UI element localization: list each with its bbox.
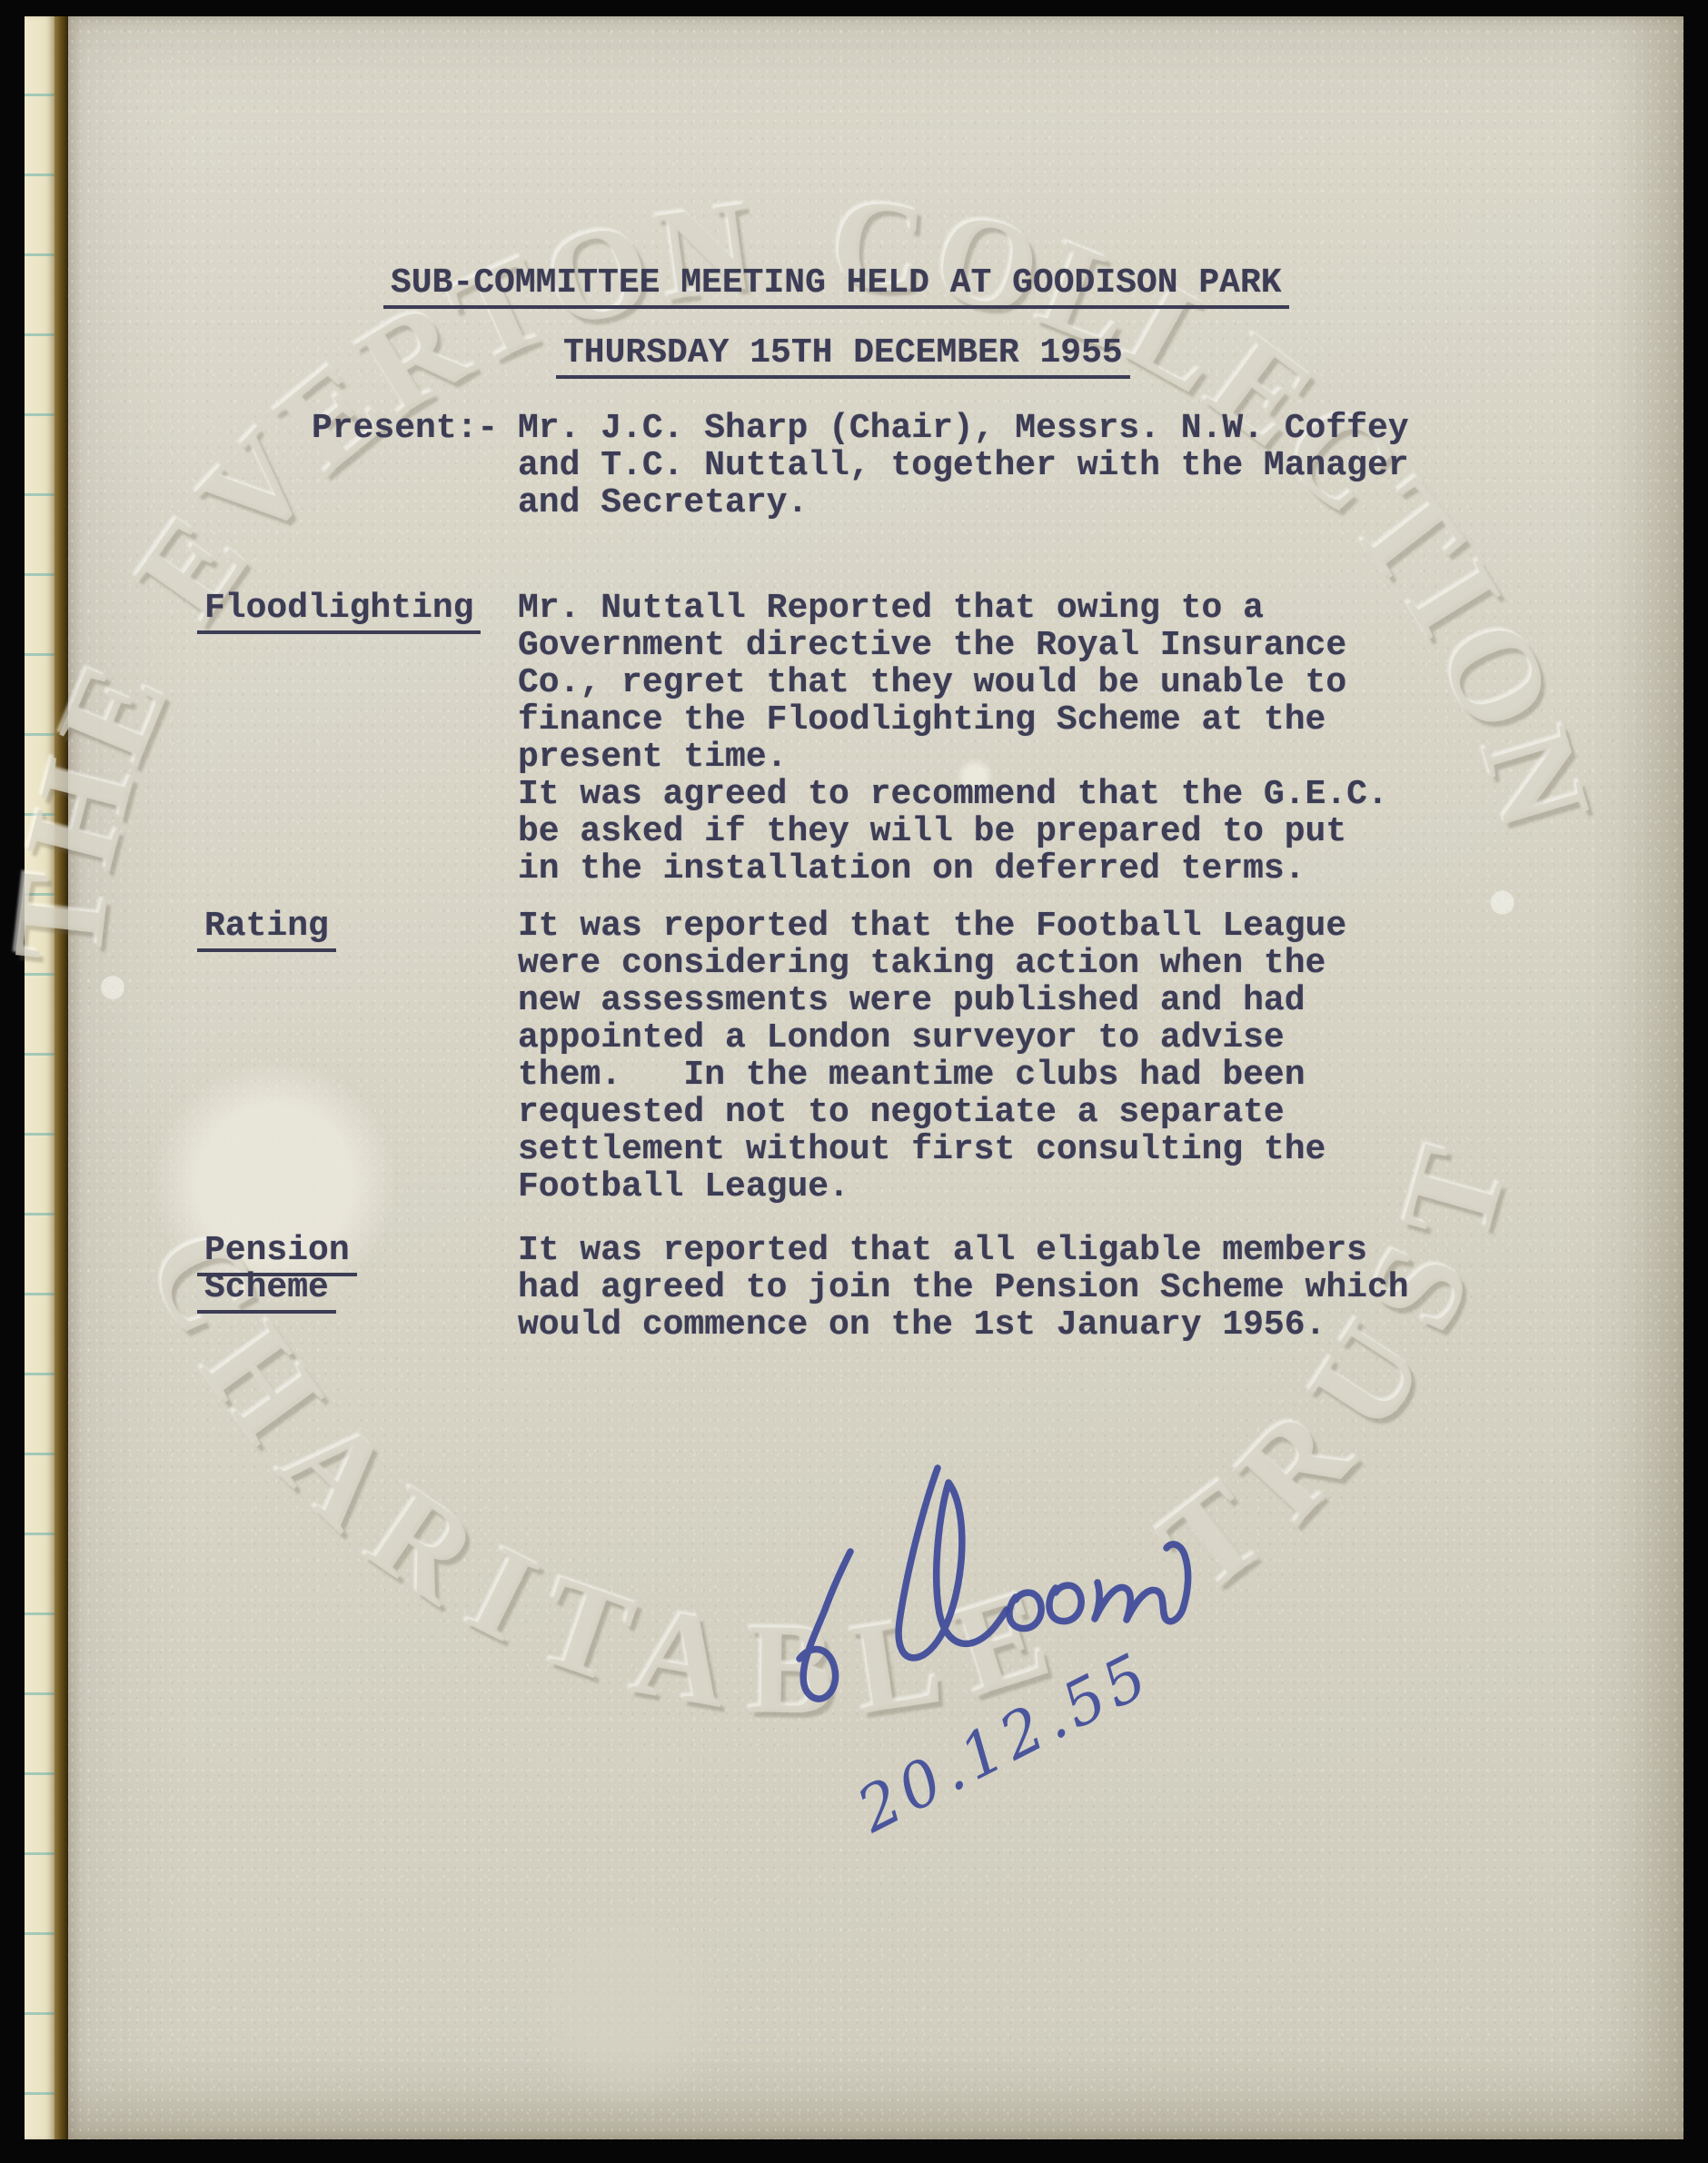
text-line: in the installation on deferred terms. — [518, 850, 1388, 888]
signature-date: 20.12.55 — [846, 1638, 1163, 1847]
text-line: It was reported that the Football League — [518, 908, 1346, 945]
section-heading-rating: Rating — [204, 908, 329, 945]
section-heading-floodlighting: Floodlighting — [204, 590, 473, 627]
section-body-floodlighting: Mr. Nuttall Reported that owing to aGove… — [518, 590, 1388, 888]
text-line: Floodlighting — [204, 590, 473, 627]
text-line: finance the Floodlighting Scheme at the — [518, 701, 1388, 739]
text-line: It was reported that all eligable member… — [518, 1232, 1409, 1269]
text-line: Co., regret that they would be unable to — [518, 664, 1388, 701]
section-body-pension-scheme: It was reported that all eligable member… — [518, 1232, 1409, 1344]
scanned-minutes-page: THE EVERTON COLLECTION THE EVERTON COLLE… — [0, 0, 1708, 2163]
text-line: Scheme — [204, 1269, 350, 1306]
present-label: Present:- — [312, 410, 498, 447]
text-line: appointed a London surveyor to advise — [518, 1019, 1346, 1057]
signature-e1-stroke — [1009, 1592, 1041, 1629]
signature-flourish-stroke — [799, 1552, 850, 1699]
text-line: Pension — [204, 1232, 350, 1269]
document-title: SUB-COMMITTEE MEETING HELD AT GOODISON P… — [391, 264, 1282, 309]
text-line: Football League. — [518, 1168, 1346, 1206]
text-line: Mr. Nuttall Reported that owing to a — [518, 590, 1388, 627]
text-line: settlement without first consulting the — [518, 1131, 1346, 1168]
binding-edge-strip — [55, 16, 68, 2139]
text-line: would commence on the 1st January 1956. — [518, 1306, 1409, 1344]
text-line: them. In the meantime clubs had been — [518, 1057, 1346, 1094]
text-line: new assessments were published and had — [518, 982, 1346, 1019]
text-line: Mr. J.C. Sharp (Chair), Messrs. N.W. Cof… — [518, 410, 1409, 447]
text-line: requested not to negotiate a separate — [518, 1094, 1346, 1131]
text-line: had agreed to join the Pension Scheme wh… — [518, 1269, 1409, 1306]
signature-g-loop-stroke — [899, 1468, 1007, 1658]
signature-block: 20.12.55 — [745, 1435, 1263, 1862]
text-line: It was agreed to recommend that the G.E.… — [518, 776, 1388, 813]
signature-e2-stroke — [1049, 1585, 1081, 1622]
section-body-rating: It was reported that the Football League… — [518, 908, 1346, 1206]
section-heading-pension-scheme: PensionScheme — [204, 1232, 350, 1306]
text-line: be asked if they will be prepared to put — [518, 813, 1388, 850]
meeting-date-heading: THURSDAY 15TH DECEMBER 1955 — [563, 334, 1123, 379]
text-line: and T.C. Nuttall, together with the Mana… — [518, 447, 1409, 484]
text-line: Rating — [204, 908, 329, 945]
text-line: Government directive the Royal Insurance — [518, 627, 1388, 664]
signature-n-stroke — [1095, 1544, 1188, 1622]
present-attendees: Mr. J.C. Sharp (Chair), Messrs. N.W. Cof… — [518, 410, 1409, 521]
text-line: were considering taking action when the — [518, 945, 1346, 982]
notebook-lined-edge — [25, 16, 55, 2139]
text-line: and Secretary. — [518, 484, 1409, 521]
text-line: present time. — [518, 739, 1388, 776]
